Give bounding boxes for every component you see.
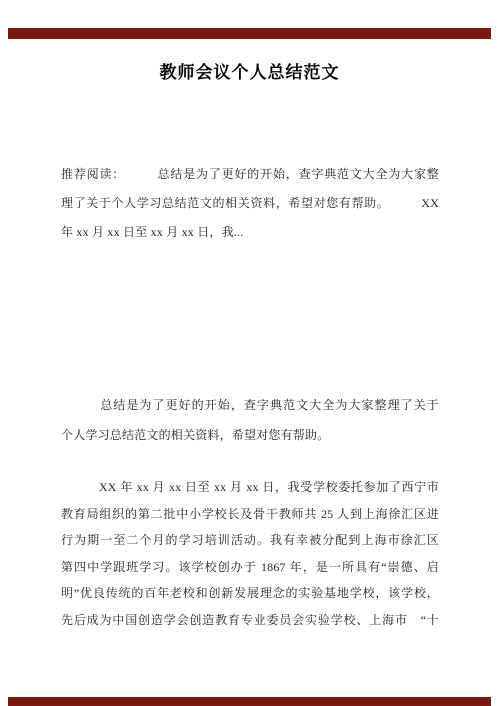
- text-line: 个人学习总结范文的相关资料，希望对您有帮助。: [61, 420, 439, 450]
- text-line: 年 xx 月 xx 日至 xx 月 xx 日，我...: [61, 218, 439, 247]
- top-rule: [8, 28, 491, 39]
- text-line: 总结是为了更好的开始，查字典范文大全为大家整理了关于: [61, 390, 439, 420]
- text-line: 教育局组织的第二批中小学校长及骨干教师共 25 人到上海徐汇区进: [61, 501, 439, 528]
- text-line: 先后成为中国创造学会创造教育专业委员会实验学校、上海市 “十: [61, 607, 439, 634]
- summary-intro-paragraph: 总结是为了更好的开始，查字典范文大全为大家整理了关于个人学习总结范文的相关资料，…: [61, 390, 439, 450]
- text-line: 行为期一至二个月的学习培训活动。我有幸被分配到上海市徐汇区: [61, 527, 439, 554]
- text-line: XX 年 xx 月 xx 日至 xx 月 xx 日，我受学校委托参加了西宁市: [61, 474, 439, 501]
- document-page: 教师会议个人总结范文 推荐阅读： 总结是为了更好的开始，查字典范文大全为大家整理…: [0, 0, 499, 706]
- recommended-reading-paragraph: 推荐阅读： 总结是为了更好的开始，查字典范文大全为大家整理了关于个人学习总结范文…: [61, 160, 439, 247]
- text-line: 第四中学跟班学习。该学校创办于 1867 年，是一所具有“崇德、启: [61, 554, 439, 581]
- text-line: 推荐阅读： 总结是为了更好的开始，查字典范文大全为大家整: [61, 160, 439, 189]
- text-line: 明”优良传统的百年老校和创新发展理念的实验基地学校，该学校，: [61, 580, 439, 607]
- text-line: 理了关于个人学习总结范文的相关资料，希望对您有帮助。 XX: [61, 189, 439, 218]
- page-title: 教师会议个人总结范文: [0, 58, 499, 83]
- bottom-rule: [8, 697, 491, 706]
- study-trip-paragraph: XX 年 xx 月 xx 日至 xx 月 xx 日，我受学校委托参加了西宁市教育…: [61, 474, 439, 633]
